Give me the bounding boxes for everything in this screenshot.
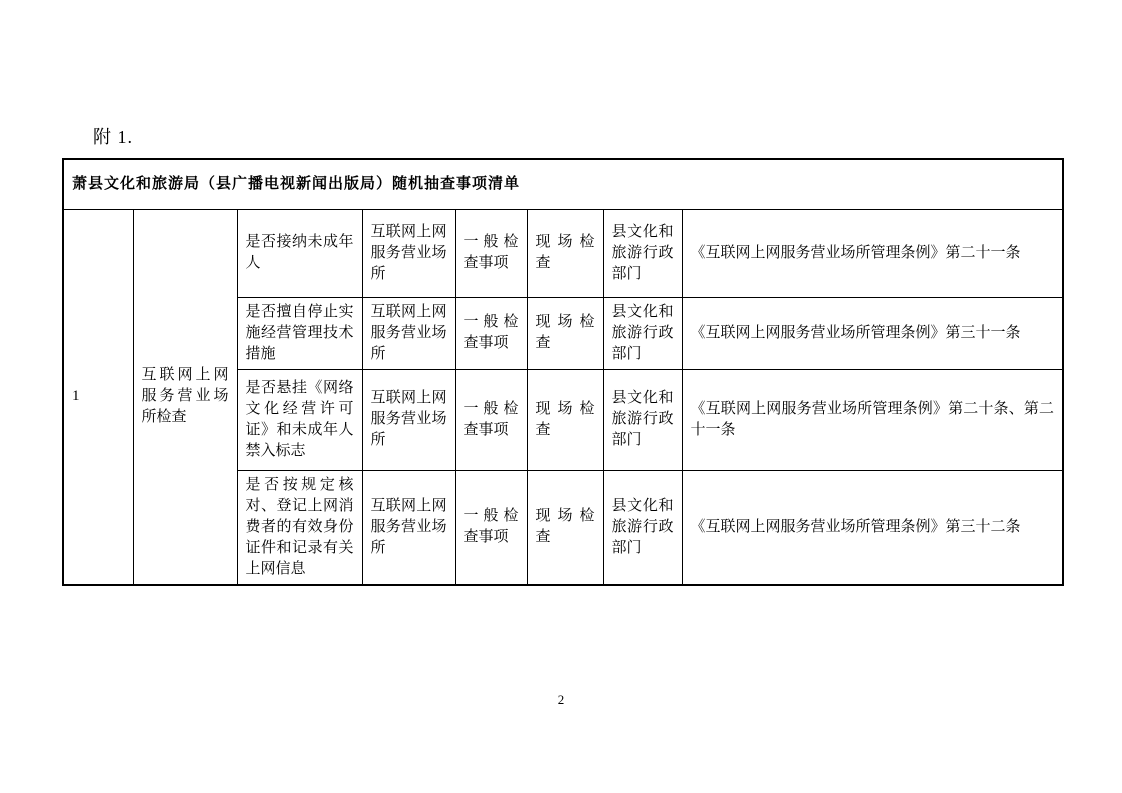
method-cell: 现场检查: [527, 297, 603, 369]
item-cell: 是否接纳未成年人: [237, 209, 362, 297]
method-cell: 现场检查: [527, 470, 603, 585]
serial-number-cell: 1: [63, 209, 133, 585]
department-cell: 县文化和旅游行政部门: [603, 470, 682, 585]
department-cell: 县文化和旅游行政部门: [603, 297, 682, 369]
table-title-row: 萧县文化和旅游局（县广播电视新闻出版局）随机抽查事项清单: [63, 159, 1063, 209]
table-title: 萧县文化和旅游局（县广播电视新闻出版局）随机抽查事项清单: [63, 159, 1063, 209]
basis-cell: 《互联网上网服务营业场所管理条例》第三十二条: [682, 470, 1063, 585]
method-cell: 现场检查: [527, 369, 603, 470]
item-type-cell: 一般检查事项: [455, 209, 527, 297]
target-cell: 互联网上网服务营业场所: [362, 369, 455, 470]
inspection-items-table: 萧县文化和旅游局（县广播电视新闻出版局）随机抽查事项清单 1 互联网上网服务营业…: [62, 158, 1064, 586]
department-cell: 县文化和旅游行政部门: [603, 369, 682, 470]
item-type-cell: 一般检查事项: [455, 369, 527, 470]
method-cell: 现场检查: [527, 209, 603, 297]
category-cell: 互联网上网服务营业场所检查: [133, 209, 237, 585]
basis-cell: 《互联网上网服务营业场所管理条例》第二十条、第二十一条: [682, 369, 1063, 470]
item-cell: 是否悬挂《网络文化经营许可证》和未成年人禁入标志: [237, 369, 362, 470]
basis-cell: 《互联网上网服务营业场所管理条例》第三十一条: [682, 297, 1063, 369]
item-type-cell: 一般检查事项: [455, 470, 527, 585]
page-number: 2: [0, 692, 1122, 708]
item-type-cell: 一般检查事项: [455, 297, 527, 369]
department-cell: 县文化和旅游行政部门: [603, 209, 682, 297]
target-cell: 互联网上网服务营业场所: [362, 470, 455, 585]
table-row: 1 互联网上网服务营业场所检查 是否接纳未成年人 互联网上网服务营业场所 一般检…: [63, 209, 1063, 297]
document-page: 附 1. 萧县文化和旅游局（县广播电视新闻出版局）随机抽查事项清单 1 互联网上…: [0, 0, 1122, 793]
target-cell: 互联网上网服务营业场所: [362, 209, 455, 297]
item-cell: 是否擅自停止实施经营管理技术措施: [237, 297, 362, 369]
basis-cell: 《互联网上网服务营业场所管理条例》第二十一条: [682, 209, 1063, 297]
attachment-label: 附 1.: [93, 123, 133, 149]
item-cell: 是否按规定核对、登记上网消费者的有效身份证件和记录有关上网信息: [237, 470, 362, 585]
target-cell: 互联网上网服务营业场所: [362, 297, 455, 369]
